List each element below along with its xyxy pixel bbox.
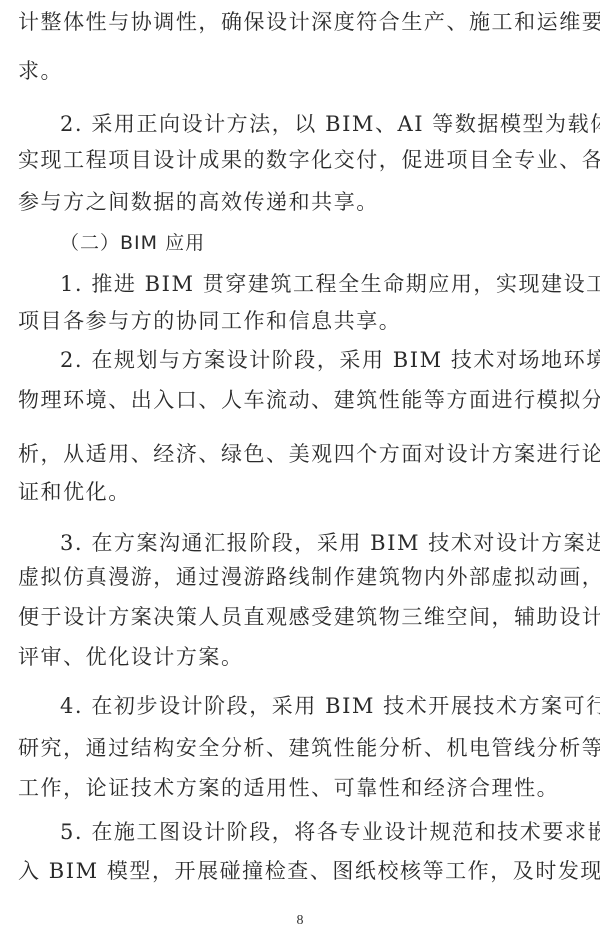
- paragraph-start: 2. 采用正向设计方法，以 BIM、AI 等数据模型为载体，: [60, 110, 600, 138]
- paragraph-start: 2. 在规划与方案设计阶段，采用 BIM 技术对场地环境、: [60, 346, 600, 374]
- page-number: 8: [0, 913, 600, 929]
- paragraph-start: 1. 推进 BIM 贯穿建筑工程全生命期应用，实现建设工程: [60, 270, 600, 298]
- text-line: 入 BIM 模型，开展碰撞检查、图纸校核等工作，及时发现设: [18, 857, 600, 885]
- text-line: 研究，通过结构安全分析、建筑性能分析、机电管线分析等: [18, 734, 600, 762]
- paragraph-start: 4. 在初步设计阶段，采用 BIM 技术开展技术方案可行性: [60, 692, 600, 720]
- text-line: 评审、优化设计方案。: [18, 643, 244, 671]
- text-line: 参与方之间数据的高效传递和共享。: [18, 188, 379, 216]
- text-line: 计整体性与协调性，确保设计深度符合生产、施工和运维要: [18, 8, 600, 36]
- text-line: 工作，论证技术方案的适用性、可靠性和经济合理性。: [18, 774, 559, 802]
- text-line: 虚拟仿真漫游，通过漫游路线制作建筑物内外部虚拟动画，: [18, 563, 600, 591]
- text-line: 析，从适用、经济、绿色、美观四个方面对设计方案进行论: [18, 440, 600, 468]
- text-line: 便于设计方案决策人员直观感受建筑物三维空间，辅助设计: [18, 603, 600, 631]
- paragraph-start: 3. 在方案沟通汇报阶段，采用 BIM 技术对设计方案进行: [60, 529, 600, 557]
- text-line: 证和优化。: [18, 478, 131, 506]
- paragraph-start: 5. 在施工图设计阶段，将各专业设计规范和技术要求嵌: [60, 818, 600, 846]
- text-line: 实现工程项目设计成果的数字化交付，促进项目全专业、各: [18, 146, 600, 174]
- text-line: 项目各参与方的协同工作和信息共享。: [18, 307, 401, 335]
- section-heading: （二）BIM 应用: [60, 229, 205, 257]
- text-line: 物理环境、出入口、人车流动、建筑性能等方面进行模拟分: [18, 386, 600, 414]
- text-line: 求。: [18, 57, 63, 85]
